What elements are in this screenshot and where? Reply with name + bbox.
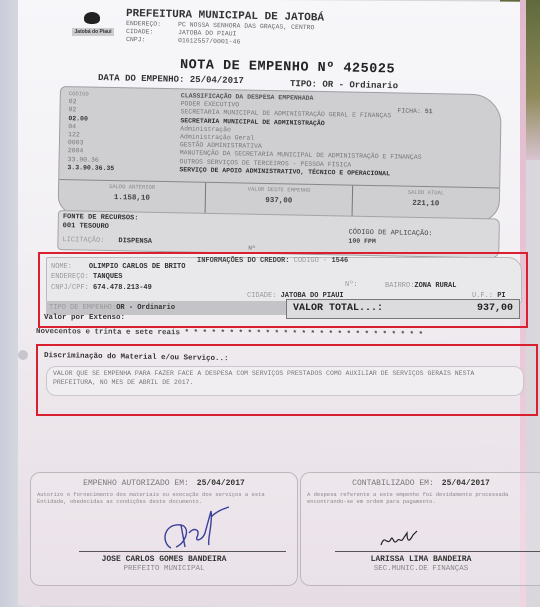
creditor-title: INFORMAÇÕES DO CREDOR: CODIGO - 1546 xyxy=(197,257,348,265)
licitacao: LICITAÇÃO:DISPENSA xyxy=(62,236,152,246)
ficha-number: FICHA: 51 xyxy=(397,107,432,115)
authorization-title: EMPENHO AUTORIZADO EM:25/04/2017 xyxy=(31,479,297,488)
licitacao-number-label: Nº xyxy=(248,245,255,252)
description-highlight-box: Discriminação do Material e/ou Serviço..… xyxy=(36,344,538,416)
secretary-role: SEC.MUNIC.DE FINANÇAS xyxy=(301,565,540,573)
secretary-signature-icon xyxy=(379,529,419,549)
creditor-bairro: BAIRRO:ZONA RURAL xyxy=(385,282,456,290)
description-label: Discriminação do Material e/ou Serviço..… xyxy=(44,352,229,363)
value-in-words-label: Valor por Extenso: xyxy=(44,314,125,322)
logo-label: Jatobá do Piauí xyxy=(72,28,114,36)
empenho-type-bar: TIPO DE EMPENHO:OR - Ordinario xyxy=(46,301,287,315)
creditor-highlight-box: INFORMAÇÕES DO CREDOR: CODIGO - 1546 NOM… xyxy=(38,252,528,328)
aplicacao-label: CÓDIGO DE APLICAÇÃO: xyxy=(349,229,433,239)
creditor-cpf: CNPJ/CPF: 674.478.213-49 xyxy=(51,284,152,292)
logo-bird-icon xyxy=(84,12,100,24)
signature-line xyxy=(335,551,540,552)
description-column: CLASSIFICAÇÃO DA DESPESA EMPENHADA PODER… xyxy=(179,92,422,179)
creditor-info: INFORMAÇÕES DO CREDOR: CODIGO - 1546 NOM… xyxy=(46,257,522,303)
fonte-value: 001 TESOURO xyxy=(63,222,109,231)
municipal-logo: Jatobá do Piauí xyxy=(72,10,112,40)
creditor-address: ENDEREÇO: TANQUES xyxy=(51,273,122,281)
accounting-box: CONTABILIZADO EM:25/04/2017 A despesa re… xyxy=(300,472,540,586)
aplicacao-value: 100 FPM xyxy=(348,238,375,246)
accounting-title: CONTABILIZADO EM:25/04/2017 xyxy=(301,479,540,488)
total-value: VALOR TOTAL...: 937,00 xyxy=(286,299,520,319)
classification-code: 3.3.90.36.35 xyxy=(67,164,141,174)
classification-panel: CODIGO 020202.00041220003200433.90.363.3… xyxy=(58,86,502,222)
accounting-text: A despesa referente a este empenho foi d… xyxy=(307,491,535,505)
signature-line xyxy=(79,551,286,552)
secretary-name: LARISSA LIMA BANDEIRA xyxy=(301,555,540,564)
code-column: CODIGO 020202.00041220003200433.90.363.3… xyxy=(67,90,143,173)
creditor-number-label: Nº: xyxy=(345,281,358,289)
mayor-name: JOSE CARLOS GOMES BANDEIRA xyxy=(31,555,297,564)
description-text: VALOR QUE SE EMPENHA PARA FAZER FACE A D… xyxy=(46,366,524,396)
creditor-name: NOME: OLIMPIO CARLOS DE BRITO xyxy=(51,263,185,271)
mayor-role: PREFEITO MUNICIPAL xyxy=(31,565,297,573)
punch-hole xyxy=(18,350,28,360)
authorization-box: EMPENHO AUTORIZADO EM:25/04/2017 Autoriz… xyxy=(30,472,298,586)
mayor-signature-icon xyxy=(141,503,231,553)
fonte-label: FONTE DE RECURSOS: xyxy=(63,213,139,222)
